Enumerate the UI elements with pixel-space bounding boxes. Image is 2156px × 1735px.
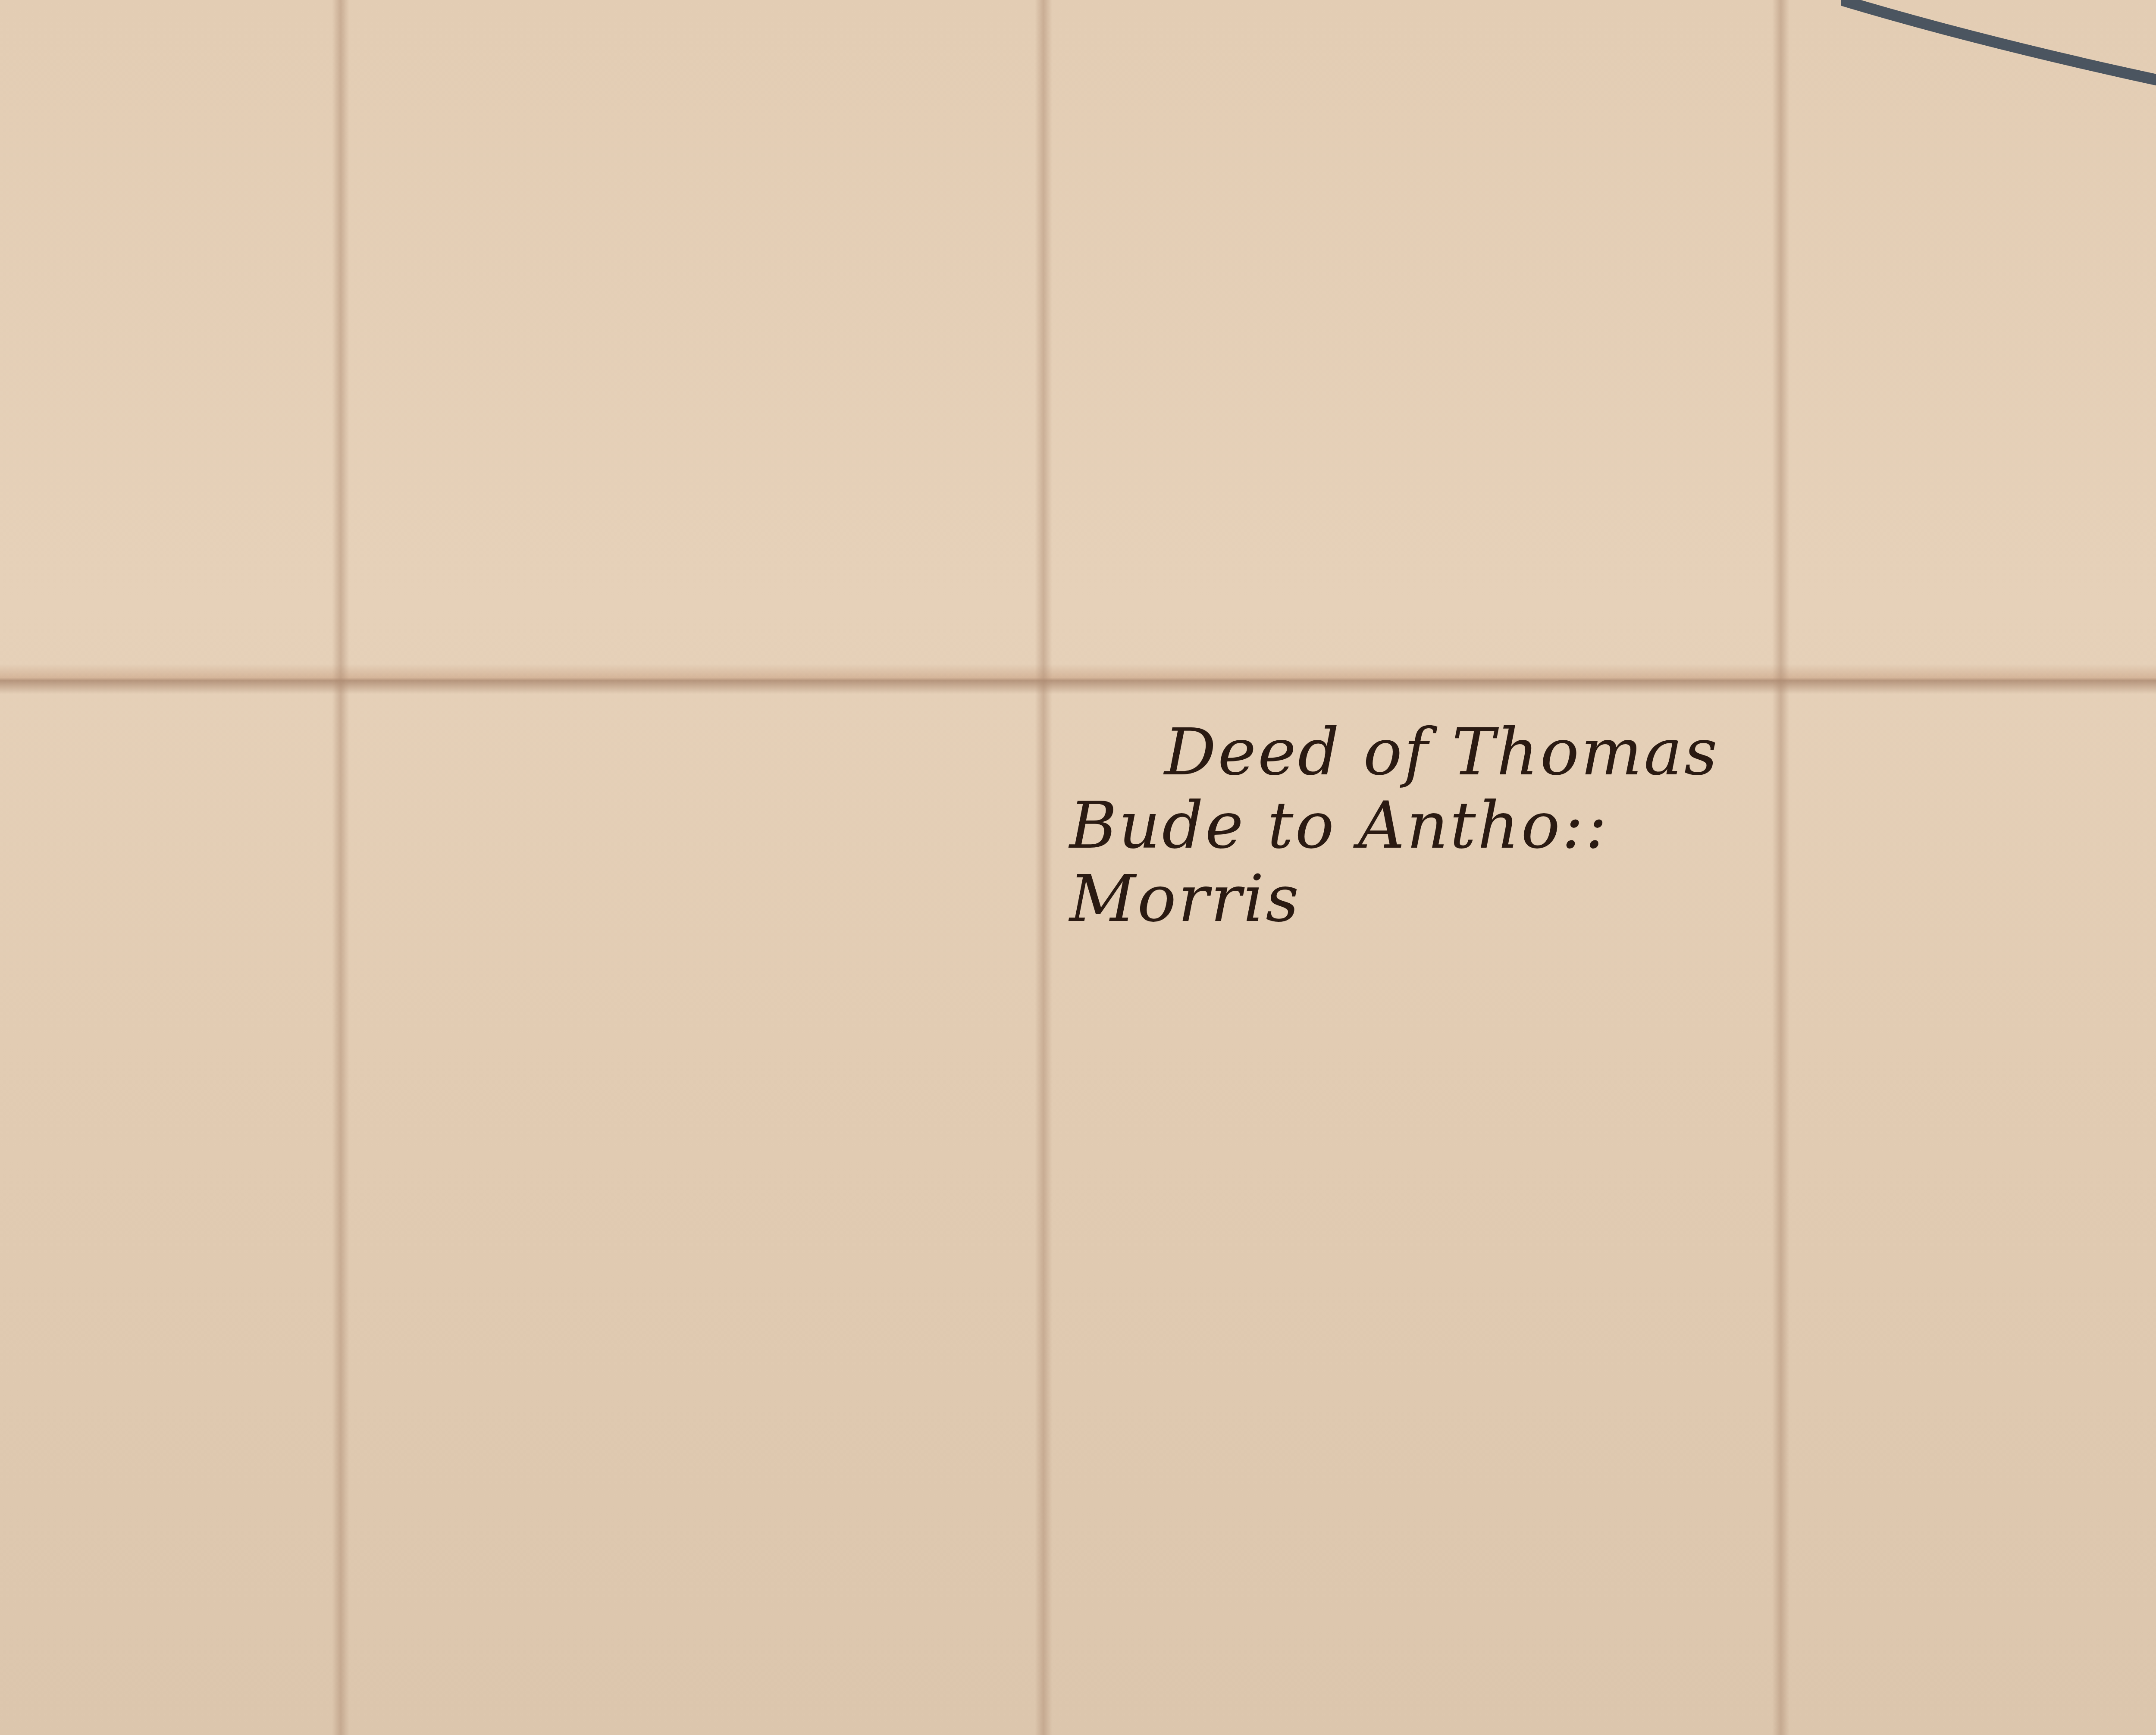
vertical-fold-left (332, 0, 349, 1735)
horizontal-fold (0, 664, 2156, 694)
photo-scene: Deed of Thomas Bude to Antho:: Morris (0, 0, 2156, 1735)
vertical-fold-center (1035, 0, 1052, 1735)
inscription-line-2: Bude to Antho:: Morris (1069, 789, 1759, 936)
handwritten-docket: Deed of Thomas Bude to Antho:: Morris (1069, 716, 1759, 936)
hanging-wire-icon (1841, 0, 2156, 181)
vertical-fold-right (1772, 0, 1789, 1735)
inscription-line-1: Deed of Thomas (1164, 716, 1759, 789)
